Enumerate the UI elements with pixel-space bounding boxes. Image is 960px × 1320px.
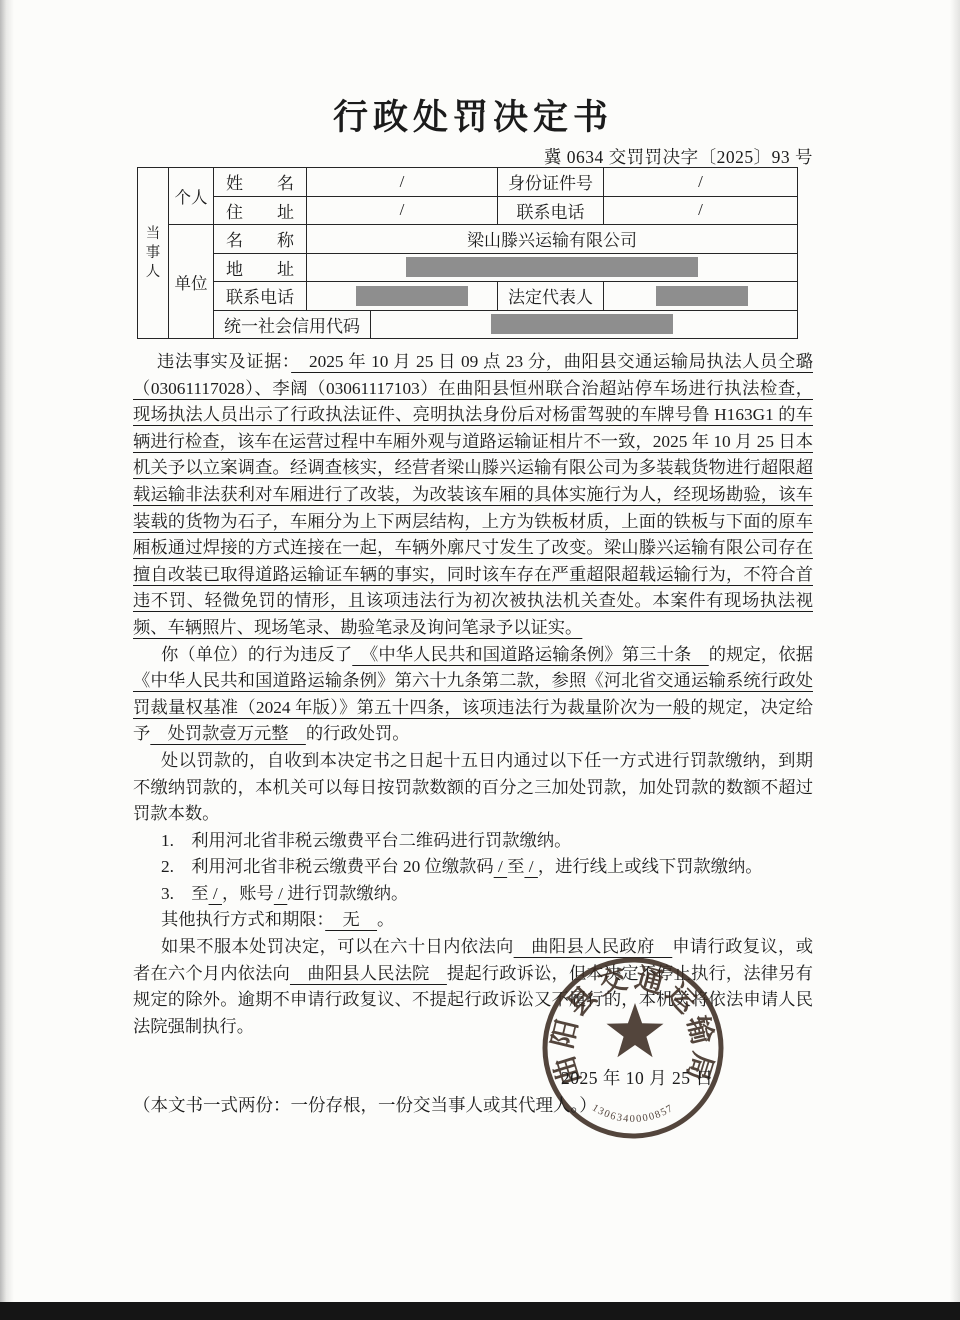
document-title: 行政处罚决定书 (133, 90, 813, 140)
id-label-cell: 身份证件号 (498, 168, 604, 197)
form-text: 至 (507, 857, 524, 876)
form-text: 1. 利用河北省非税云缴费平台二维码进行罚款缴纳。 (161, 831, 571, 850)
filled-in-text: / (524, 857, 537, 876)
scan-bottom-edge (0, 1302, 960, 1320)
form-text: 你（单位）的行为违反了 (161, 645, 352, 664)
list-item-payment-method-1: 1. 利用河北省非税云缴费平台二维码进行罚款缴纳。 (133, 828, 813, 855)
table-row: 联系电话 法定代表人 (138, 282, 798, 311)
phone-label-cell: 联系电话 (498, 196, 604, 225)
paragraph-other-execution: 其他执行方式和期限： 无 。 (133, 907, 813, 934)
list-item-payment-method-2: 2. 利用河北省非税云缴费平台 20 位缴款码 / 至 / ，进行线上或线下罚款… (133, 854, 813, 881)
filled-in-text: / (274, 884, 287, 903)
name-value-cell: / (307, 168, 498, 197)
document-number: 冀 0634 交罚罚决字〔2025〕93 号 (133, 144, 813, 169)
list-item-payment-method-3: 3. 至 / ，账号 / 进行罚款缴纳。 (133, 881, 813, 908)
redaction-box (656, 286, 748, 306)
org-name-value-cell: 梁山滕兴运输有限公司 (307, 225, 798, 254)
form-text: 处以罚款的，自收到本决定书之日起十五日内通过以下任一方式进行罚款缴纳，到期不缴纳… (133, 751, 813, 823)
scan-right-edge (950, 0, 960, 1320)
form-text: 3. 至 (161, 884, 209, 903)
credit-code-label-cell: 统一社会信用代码 (214, 310, 371, 339)
org-phone-value-cell (307, 282, 498, 311)
paragraph-legal-basis: 你（单位）的行为违反了 《中华人民共和国道路运输条例》第三十条 的规定，依据《中… (133, 642, 813, 748)
filled-in-text: 《中华人民共和国道路运输条例》第三十条 (352, 645, 709, 664)
form-text: 的规定，依据 (709, 645, 813, 664)
name-label-cell: 姓 名 (214, 168, 307, 197)
table-row: 地 址 (138, 253, 798, 282)
form-text: 2. 利用河北省非税云缴费平台 20 位缴款码 (161, 857, 494, 876)
scan-left-edge (0, 0, 14, 1320)
form-text: ，进行线上或线下罚款缴纳。 (538, 857, 763, 876)
table-row: 单位 名 称 梁山滕兴运输有限公司 (138, 225, 798, 254)
filled-in-text (291, 352, 309, 371)
form-text: 进行罚款缴纳。 (287, 884, 408, 903)
form-text: 如果不服本处罚决定，可以在六十日内依法向 (161, 937, 514, 956)
form-text: 违法事实及证据： (157, 352, 291, 371)
form-text: 的行政处罚。 (306, 724, 410, 743)
party-label-cell: 当事人 (138, 168, 169, 339)
footer-copies-note: （本文书一式两份：一份存根，一份交当事人或其代理人。） (133, 1092, 597, 1117)
table-row: 住 址 / 联系电话 / (138, 196, 798, 225)
filled-in-text: 无 (325, 910, 377, 929)
address-label-cell: 住 址 (214, 196, 307, 225)
table-row: 统一社会信用代码 (138, 310, 798, 339)
seal-code-text: 1306340000857 (590, 1103, 676, 1125)
org-group-cell: 单位 (169, 225, 214, 339)
org-address-label-cell: 地 址 (214, 253, 307, 282)
form-text: 。 (377, 910, 394, 929)
credit-code-value-cell (371, 310, 798, 339)
document-body: 违法事实及证据： 2025 年 10 月 25 日 09 点 23 分，曲阳县交… (133, 349, 813, 1040)
redaction-box (356, 286, 468, 306)
org-address-value-cell (307, 253, 798, 282)
legal-rep-label-cell: 法定代表人 (498, 282, 604, 311)
filled-in-text: 处罚款壹万元整 (150, 724, 306, 743)
decision-date: 2025 年 10 月 25 日 (561, 1065, 713, 1090)
penalty-decision-document: 行政处罚决定书 冀 0634 交罚罚决字〔2025〕93 号 当事人 个人 姓 … (0, 0, 960, 1320)
seal-star-icon (607, 1003, 664, 1057)
filled-in-text: / (494, 857, 507, 876)
redaction-box (406, 257, 698, 277)
form-text: ，账号 (222, 884, 274, 903)
phone-value-cell: / (604, 196, 798, 225)
address-value-cell: / (307, 196, 498, 225)
form-text: 其他执行方式和期限： (161, 910, 325, 929)
paragraph-facts-evidence: 违法事实及证据： 2025 年 10 月 25 日 09 点 23 分，曲阳县交… (133, 349, 813, 642)
party-info-table: 当事人 个人 姓 名 / 身份证件号 / 住 址 / 联系电话 / 单位 名 称… (137, 167, 798, 339)
table-row: 当事人 个人 姓 名 / 身份证件号 / (138, 168, 798, 197)
legal-rep-value-cell (604, 282, 798, 311)
filled-in-text: 2025 年 10 月 25 日 09 点 23 分，曲阳县交通运输局执法人员仝… (133, 352, 813, 637)
person-group-cell: 个人 (169, 168, 214, 225)
id-value-cell: / (604, 168, 798, 197)
org-name-label-cell: 名 称 (214, 225, 307, 254)
filled-in-text: / (209, 884, 222, 903)
paragraph-payment-terms: 处以罚款的，自收到本决定书之日起十五日内通过以下任一方式进行罚款缴纳，到期不缴纳… (133, 748, 813, 828)
redaction-box (491, 314, 673, 334)
filled-in-text: 曲阳县人民法院 (290, 964, 447, 983)
org-phone-label-cell: 联系电话 (214, 282, 307, 311)
